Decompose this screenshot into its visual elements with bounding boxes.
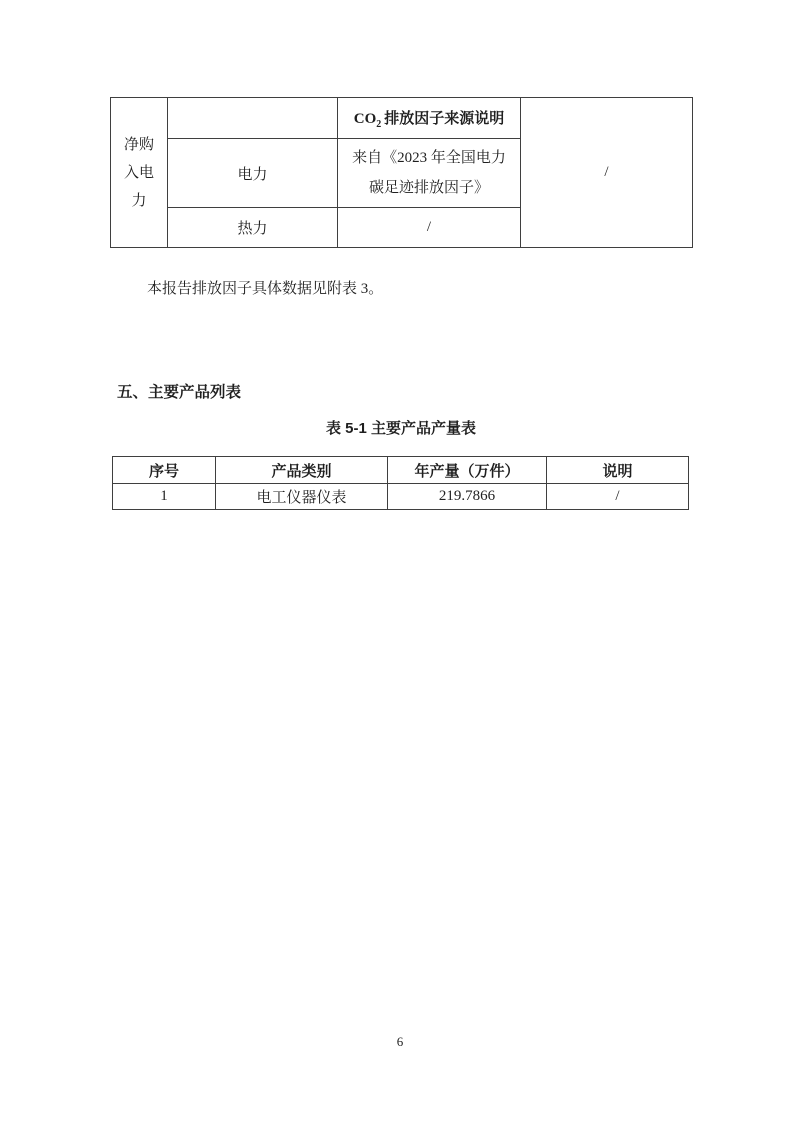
empty-cell bbox=[168, 98, 338, 139]
category-cell: 电工仪器仪表 bbox=[216, 484, 388, 510]
annual-output-cell: 219.7866 bbox=[388, 484, 547, 510]
remark-cell: / bbox=[521, 98, 693, 248]
energy-type-cell: 热力 bbox=[168, 208, 338, 248]
co2-label-subscript: 2 bbox=[376, 119, 381, 130]
table-caption: 表 5-1 主要产品产量表 bbox=[110, 419, 692, 438]
source-line-2: 碳足迹排放因子》 bbox=[338, 173, 520, 203]
note-paragraph: 本报告排放因子具体数据见附表 3。 bbox=[110, 276, 692, 303]
remark-cell: / bbox=[547, 484, 689, 510]
emission-category-cell: 净购入电力 bbox=[111, 98, 168, 248]
energy-type-cell: 电力 bbox=[168, 139, 338, 208]
table-row: 1 电工仪器仪表 219.7866 / bbox=[113, 484, 689, 510]
co2-header-text: 排放因子来源说明 bbox=[384, 110, 504, 127]
emission-factor-table: 净购入电力 CO2排放因子来源说明 / 电力 来自《2023 年全国电力 碳足迹… bbox=[110, 97, 693, 248]
index-cell: 1 bbox=[113, 484, 216, 510]
document-page: 净购入电力 CO2排放因子来源说明 / 电力 来自《2023 年全国电力 碳足迹… bbox=[0, 0, 800, 1132]
col-header-remark: 说明 bbox=[547, 457, 689, 484]
emission-category-label: 净购入电力 bbox=[122, 131, 156, 215]
co2-label-prefix: CO bbox=[354, 111, 377, 127]
page-number: 6 bbox=[0, 1034, 800, 1050]
section-heading: 五、主要产品列表 bbox=[117, 383, 241, 402]
source-cell: 来自《2023 年全国电力 碳足迹排放因子》 bbox=[338, 139, 521, 208]
col-header-category: 产品类别 bbox=[216, 457, 388, 484]
col-header-index: 序号 bbox=[113, 457, 216, 484]
product-output-table: 序号 产品类别 年产量（万件） 说明 1 电工仪器仪表 219.7866 / bbox=[112, 456, 689, 510]
co2-source-header-cell: CO2排放因子来源说明 bbox=[338, 98, 521, 139]
source-cell: / bbox=[338, 208, 521, 248]
col-header-annual-output: 年产量（万件） bbox=[388, 457, 547, 484]
source-line-1: 来自《2023 年全国电力 bbox=[338, 143, 520, 173]
